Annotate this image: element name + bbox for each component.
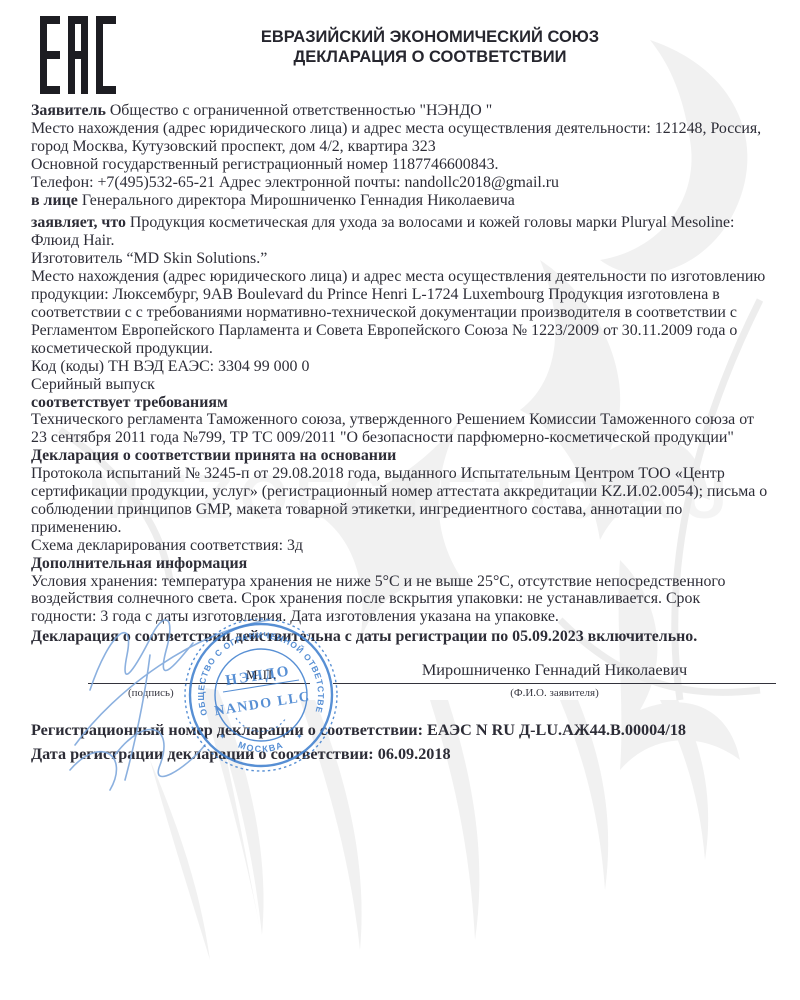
body-line: косметической продукции. (31, 340, 776, 358)
stamp-bottom-text: МОСКВА (237, 740, 285, 755)
body-line: Регламентом Европейского Парламента и Со… (31, 322, 776, 340)
company-stamp: ОБЩЕСТВО С ОГРАНИЧЕННОЙ ОТВЕТСТВЕННОСТЬЮ… (176, 608, 346, 783)
stamp-center-line2: NANDO LLC (213, 689, 311, 719)
title-line-2: ДЕКЛАРАЦИЯ О СООТВЕТСТВИИ (130, 47, 730, 67)
body-line: соответствует требованиям (31, 394, 776, 412)
body-line: Протокола испытаний № 3245-п от 29.08.20… (31, 465, 776, 483)
body-line: город Москва, Кутузовский проспект, дом … (31, 138, 776, 156)
body-line: Серийный выпуск (31, 376, 776, 394)
body-line: Изготовитель “MD Skin Solutions.” (31, 250, 776, 268)
title-line-1: ЕВРАЗИЙСКИЙ ЭКОНОМИЧЕСКИЙ СОЮЗ (130, 27, 730, 47)
body-line: заявляет, что Продукция косметическая дл… (31, 214, 776, 232)
document-body: Заявитель Общество с ограниченной ответс… (31, 102, 776, 626)
body-line: Схема декларирования соответствия: 3д (31, 537, 776, 555)
body-line: в лице Генерального директора Мирошничен… (31, 192, 776, 210)
eac-logo (40, 16, 116, 94)
body-line: соответствии с с требованиями нормативно… (31, 304, 776, 322)
document-title: ЕВРАЗИЙСКИЙ ЭКОНОМИЧЕСКИЙ СОЮЗ ДЕКЛАРАЦИ… (130, 27, 730, 67)
declaration-document: MEZOESTETIC.RU ЕВРАЗИЙСКИЙ ЭКОНОМИЧЕСКИЙ… (0, 0, 800, 1000)
body-line: Флюид Hair. (31, 232, 776, 250)
body-line: Телефон: +7(495)532-65-21 Адрес электрон… (31, 174, 776, 192)
body-line: Код (коды) ТН ВЭД ЕАЭС: 3304 99 000 0 (31, 358, 776, 376)
body-line: сертификации продукции, услуг» (регистра… (31, 483, 776, 501)
stamp-star-right: ✦ (296, 732, 303, 741)
body-line: Технического регламента Таможенного союз… (31, 411, 776, 429)
stamp-star-left: ✦ (219, 732, 226, 741)
body-line: продукции: Люксембург, 9AB Boulevard du … (31, 286, 776, 304)
fio-line (333, 683, 776, 684)
body-line: Дополнительная информация (31, 555, 776, 573)
mp-mark: М.П. (246, 667, 277, 683)
body-line: Условия хранения: температура хранения н… (31, 573, 776, 591)
body-line: Место нахождения (адрес юридического лиц… (31, 120, 776, 138)
body-line: Место нахождения (адрес юридического лиц… (31, 268, 776, 286)
body-line: соблюдении принципов GMP, макета товарно… (31, 501, 776, 519)
body-line: 23 сентября 2011 года №799, ТР ТС 009/20… (31, 429, 776, 447)
body-line: Заявитель Общество с ограниченной ответс… (31, 102, 776, 120)
body-line: применению. (31, 519, 776, 537)
svg-text:МОСКВА: МОСКВА (237, 740, 285, 755)
body-line: Основной государственный регистрационный… (31, 156, 776, 174)
applicant-name: Мирошниченко Геннадий Николаевич (333, 660, 776, 680)
body-line: Декларация о соответствии принята на осн… (31, 447, 776, 465)
fio-caption: (Ф.И.О. заявителя) (333, 687, 776, 699)
